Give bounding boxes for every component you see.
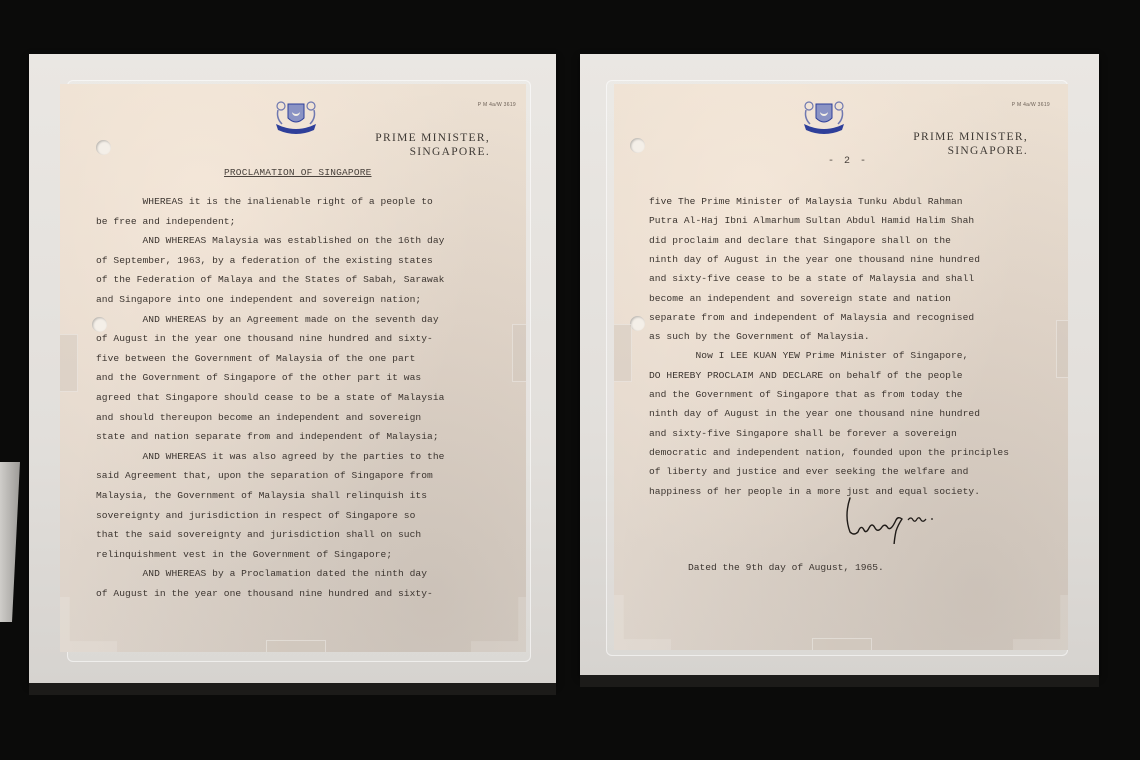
office-line-2: SINGAPORE. bbox=[913, 144, 1028, 158]
mounting-tape bbox=[266, 640, 326, 652]
document-page-2: P M 4a/W 3619 PRIME MINISTER, SINGAPORE.… bbox=[614, 84, 1068, 650]
text-line: be free and independent; bbox=[96, 216, 235, 227]
text-line: of August in the year one thousand nine … bbox=[96, 588, 433, 599]
text-line: AND WHEREAS by an Agreement made on the … bbox=[96, 314, 439, 325]
punch-hole bbox=[630, 138, 645, 153]
date-line: Dated the 9th day of August, 1965. bbox=[688, 562, 884, 573]
text-line: and should thereupon become an independe… bbox=[96, 412, 421, 423]
text-line: did proclaim and declare that Singapore … bbox=[649, 235, 951, 246]
reference-code: P M 4a/W 3619 bbox=[1012, 102, 1050, 108]
frame-page-1: P M 4a/W 3619 PRIME MINISTER, SINGAPORE.… bbox=[29, 54, 556, 683]
text-line: AND WHEREAS Malaysia was established on … bbox=[96, 235, 444, 246]
photo-corner-mount bbox=[614, 595, 671, 650]
office-line-1: PRIME MINISTER, bbox=[375, 131, 490, 145]
frame-page-2: P M 4a/W 3619 PRIME MINISTER, SINGAPORE.… bbox=[580, 54, 1099, 675]
text-line: ninth day of August in the year one thou… bbox=[649, 408, 980, 419]
frame-shadow bbox=[29, 683, 556, 695]
text-line: WHEREAS it is the inalienable right of a… bbox=[96, 196, 433, 207]
office-heading: PRIME MINISTER, SINGAPORE. bbox=[375, 131, 490, 159]
text-line: separate from and independent of Malaysi… bbox=[649, 312, 974, 323]
photo-corner-mount bbox=[1013, 595, 1068, 650]
text-line: AND WHEREAS it was also agreed by the pa… bbox=[96, 451, 444, 462]
text-line: state and nation separate from and indep… bbox=[96, 431, 439, 442]
signature-lee-kuan-yew bbox=[840, 494, 950, 544]
page-number: - 2 - bbox=[828, 156, 868, 167]
text-line: relinquishment vest in the Government of… bbox=[96, 549, 392, 560]
mounting-tape bbox=[812, 638, 872, 650]
text-line: sovereignty and jurisdiction in respect … bbox=[96, 510, 415, 521]
text-line: of August in the year one thousand nine … bbox=[96, 333, 433, 344]
office-line-1: PRIME MINISTER, bbox=[913, 130, 1028, 144]
text-line: as such by the Government of Malaysia. bbox=[649, 331, 870, 342]
photo-corner-mount bbox=[60, 597, 117, 652]
document-page-1: P M 4a/W 3619 PRIME MINISTER, SINGAPORE.… bbox=[60, 84, 526, 652]
text-line: and sixty-five Singapore shall be foreve… bbox=[649, 428, 957, 439]
photo-corner-mount bbox=[471, 597, 526, 652]
document-title: PROCLAMATION OF SINGAPORE bbox=[224, 167, 372, 178]
mounting-tape bbox=[1056, 320, 1068, 378]
text-line: ninth day of August in the year one thou… bbox=[649, 254, 980, 265]
text-line: AND WHEREAS by a Proclamation dated the … bbox=[96, 568, 427, 579]
office-line-2: SINGAPORE. bbox=[375, 145, 490, 159]
text-line: and Singapore into one independent and s… bbox=[96, 294, 421, 305]
coat-of-arms-icon bbox=[800, 94, 848, 138]
text-line: of September, 1963, by a federation of t… bbox=[96, 255, 433, 266]
text-line: Putra Al-Haj Ibni Almarhum Sultan Abdul … bbox=[649, 215, 974, 226]
text-line: DO HEREBY PROCLAIM AND DECLARE on behalf… bbox=[649, 370, 963, 381]
mounting-tape bbox=[60, 334, 78, 392]
reference-code: P M 4a/W 3619 bbox=[478, 102, 516, 108]
mounting-tape bbox=[614, 324, 632, 382]
text-line: of the Federation of Malaya and the Stat… bbox=[96, 274, 444, 285]
text-line: said Agreement that, upon the separation… bbox=[96, 470, 433, 481]
coat-of-arms-icon bbox=[272, 94, 320, 138]
text-line: become an independent and sovereign stat… bbox=[649, 293, 951, 304]
punch-hole bbox=[630, 316, 645, 331]
adjacent-frame-edge bbox=[0, 462, 20, 622]
text-line: Malaysia, the Government of Malaysia sha… bbox=[96, 490, 427, 501]
text-line: and sixty-five cease to be a state of Ma… bbox=[649, 273, 974, 284]
office-heading: PRIME MINISTER, SINGAPORE. bbox=[913, 130, 1028, 158]
text-line: five The Prime Minister of Malaysia Tunk… bbox=[649, 196, 963, 207]
text-line: five between the Government of Malaysia … bbox=[96, 353, 415, 364]
text-line: democratic and independent nation, found… bbox=[649, 447, 1009, 458]
text-line: and the Government of Singapore of the o… bbox=[96, 372, 421, 383]
punch-hole bbox=[96, 140, 111, 155]
text-line: that the said sovereignty and jurisdicti… bbox=[96, 529, 421, 540]
text-line: and the Government of Singapore that as … bbox=[649, 389, 963, 400]
text-line: of liberty and justice and ever seeking … bbox=[649, 466, 968, 477]
frame-shadow bbox=[580, 675, 1099, 687]
text-line: agreed that Singapore should cease to be… bbox=[96, 392, 444, 403]
text-line: Now I LEE KUAN YEW Prime Minister of Sin… bbox=[649, 350, 968, 361]
mounting-tape bbox=[512, 324, 526, 382]
